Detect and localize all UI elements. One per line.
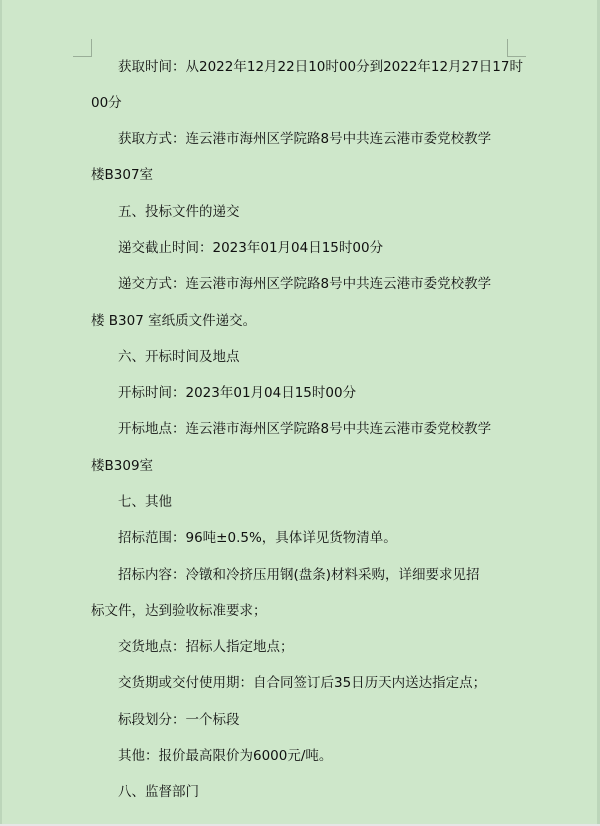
paragraph-line: 00分: [91, 94, 122, 112]
paragraph-line: 标文件，达到验收标准要求；: [91, 602, 267, 620]
page-left-edge: [0, 0, 2, 824]
paragraph-line: 招标内容：冷镦和冷挤压用钢(盘条)材料采购，详细要求见招: [118, 566, 480, 584]
section-heading: 六、开标时间及地点: [118, 348, 240, 366]
section-heading: 五、投标文件的递交: [118, 203, 240, 221]
paragraph-line: 招标范围：96吨±0.5%，具体详见货物清单。: [118, 529, 397, 547]
margin-corner-mark-top-left: [73, 39, 92, 57]
margin-corner-mark-top-right: [507, 39, 526, 57]
paragraph-line: 交货地点：招标人指定地点；: [118, 638, 294, 656]
paragraph-line: 楼 B307 室纸质文件递交。: [91, 312, 256, 330]
paragraph-line: 获取时间：从2022年12月22日10时00分到2022年12月27日17时: [118, 58, 523, 76]
paragraph-line: 递交截止时间：2023年01月04日15时00分: [118, 239, 383, 257]
section-heading: 七、其他: [118, 493, 172, 511]
paragraph-line: 楼B309室: [91, 457, 153, 475]
paragraph-line: 递交方式：连云港市海州区学院路8号中共连云港市委党校教学: [118, 275, 491, 293]
paragraph-line: 标段划分：一个标段: [118, 711, 240, 729]
paragraph-line: 楼B307室: [91, 166, 153, 184]
section-heading: 八、监督部门: [118, 783, 199, 801]
paragraph-line: 其他：报价最高限价为6000元/吨。: [118, 747, 332, 765]
paragraph-line: 获取方式：连云港市海州区学院路8号中共连云港市委党校教学: [118, 130, 491, 148]
paragraph-line: 开标时间：2023年01月04日15时00分: [118, 384, 356, 402]
paragraph-line: 交货期或交付使用期：自合同签订后35日历天内送达指定点；: [118, 674, 486, 692]
document-page: [2, 0, 597, 824]
paragraph-line: 开标地点：连云港市海州区学院路8号中共连云港市委党校教学: [118, 420, 491, 438]
